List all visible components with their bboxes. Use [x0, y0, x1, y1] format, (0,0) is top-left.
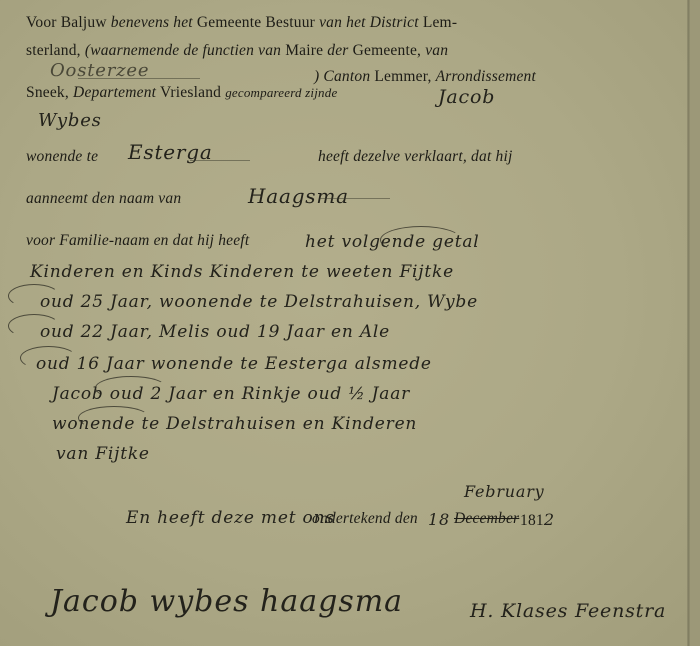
handwritten-day: 18: [428, 510, 450, 529]
printed-text: Sneek,: [26, 84, 69, 101]
printed-italic: ondertekend den: [312, 510, 418, 527]
printed-italic: (waarnemende de functien van: [85, 42, 281, 59]
printed-italic: gecompareerd zijnde: [225, 85, 337, 100]
printed-month-struck: December: [454, 510, 519, 528]
printed-line-5: wonende te: [26, 148, 98, 166]
printed-line-1: Voor Baljuw benevens het Gemeente Bestuu…: [26, 14, 457, 32]
printed-italic: heeft dezelve verklaart, dat hij: [318, 148, 513, 165]
handwritten-closing-prefix: En heeft deze met ons: [126, 508, 335, 528]
printed-italic: voor Familie-naam en dat hij heeft: [26, 232, 249, 249]
printed-italic: benevens het: [111, 14, 193, 31]
fill-in-rule: [190, 160, 250, 161]
pen-flourish: [78, 406, 150, 430]
printed-line-7: voor Familie-naam en dat hij heeft: [26, 232, 249, 250]
handwritten-body-line: Kinderen en Kinds Kinderen te weeten Fij…: [30, 262, 454, 282]
printed-text: 181: [520, 512, 544, 529]
printed-italic: van: [425, 42, 448, 59]
handwritten-month-correction: February: [464, 482, 545, 501]
printed-italic: Departement: [73, 84, 156, 101]
printed-line-2: sterland, (waarnemende de functien van M…: [26, 42, 448, 60]
handwritten-body-line: oud 22 Jaar, Melis oud 19 Jaar en Ale: [40, 322, 390, 342]
printed-italic: ) Canton: [314, 68, 370, 85]
pen-flourish: [20, 346, 77, 370]
printed-text: Lem-: [423, 14, 457, 31]
printed-line-5b: heeft dezelve verklaart, dat hij: [318, 148, 513, 166]
page-edge-shade: [690, 0, 700, 646]
printed-line-3: ) Canton Lemmer, Arrondissement: [314, 68, 536, 86]
fill-in-rule: [78, 78, 200, 79]
handwritten-body-line: oud 25 Jaar, woonende te Delstrahuisen, …: [40, 292, 478, 312]
printed-italic: wonende te: [26, 148, 98, 165]
printed-text: Vriesland: [160, 84, 221, 101]
handwritten-first-name: Jacob: [438, 86, 495, 108]
printed-text: sterland,: [26, 42, 81, 59]
printed-text: Maire: [285, 42, 323, 59]
printed-text: Lemmer,: [374, 68, 431, 85]
handwritten-body-line: van Fijtke: [56, 444, 150, 464]
signature-declarant: Jacob wybes haagsma: [50, 584, 403, 619]
printed-italic: aanneemt den naam van: [26, 190, 181, 207]
printed-italic: December: [454, 510, 519, 527]
printed-line-4: Sneek, Departement Vriesland gecompareer…: [26, 84, 337, 102]
handwritten-year-digit: 2: [544, 510, 555, 529]
printed-italic: der: [327, 42, 348, 59]
page-edge-shadow: [687, 0, 690, 646]
pen-flourish: [380, 226, 462, 254]
document-page: Voor Baljuw benevens het Gemeente Bestuu…: [0, 0, 700, 646]
pen-flourish: [95, 376, 167, 400]
printed-year: 1812: [520, 510, 555, 530]
handwritten-patronymic: Wybes: [38, 110, 102, 131]
printed-text: Gemeente Bestuur: [197, 14, 315, 31]
pen-flourish: [8, 314, 60, 338]
printed-closing: ondertekend den: [312, 510, 418, 528]
pen-flourish: [8, 284, 60, 308]
signature-official: H. Klases Feenstra: [470, 600, 666, 622]
handwritten-body-line: oud 16 Jaar wonende te Eesterga alsmede: [36, 354, 432, 374]
printed-line-6: aanneemt den naam van: [26, 190, 181, 208]
fill-in-rule: [320, 198, 390, 199]
handwritten-adopted-surname: Haagsma: [248, 184, 349, 208]
printed-text: Voor Baljuw: [26, 14, 107, 31]
printed-text: Gemeente,: [353, 42, 422, 59]
printed-italic: Arrondissement: [436, 68, 536, 85]
printed-italic: van het District: [319, 14, 419, 31]
